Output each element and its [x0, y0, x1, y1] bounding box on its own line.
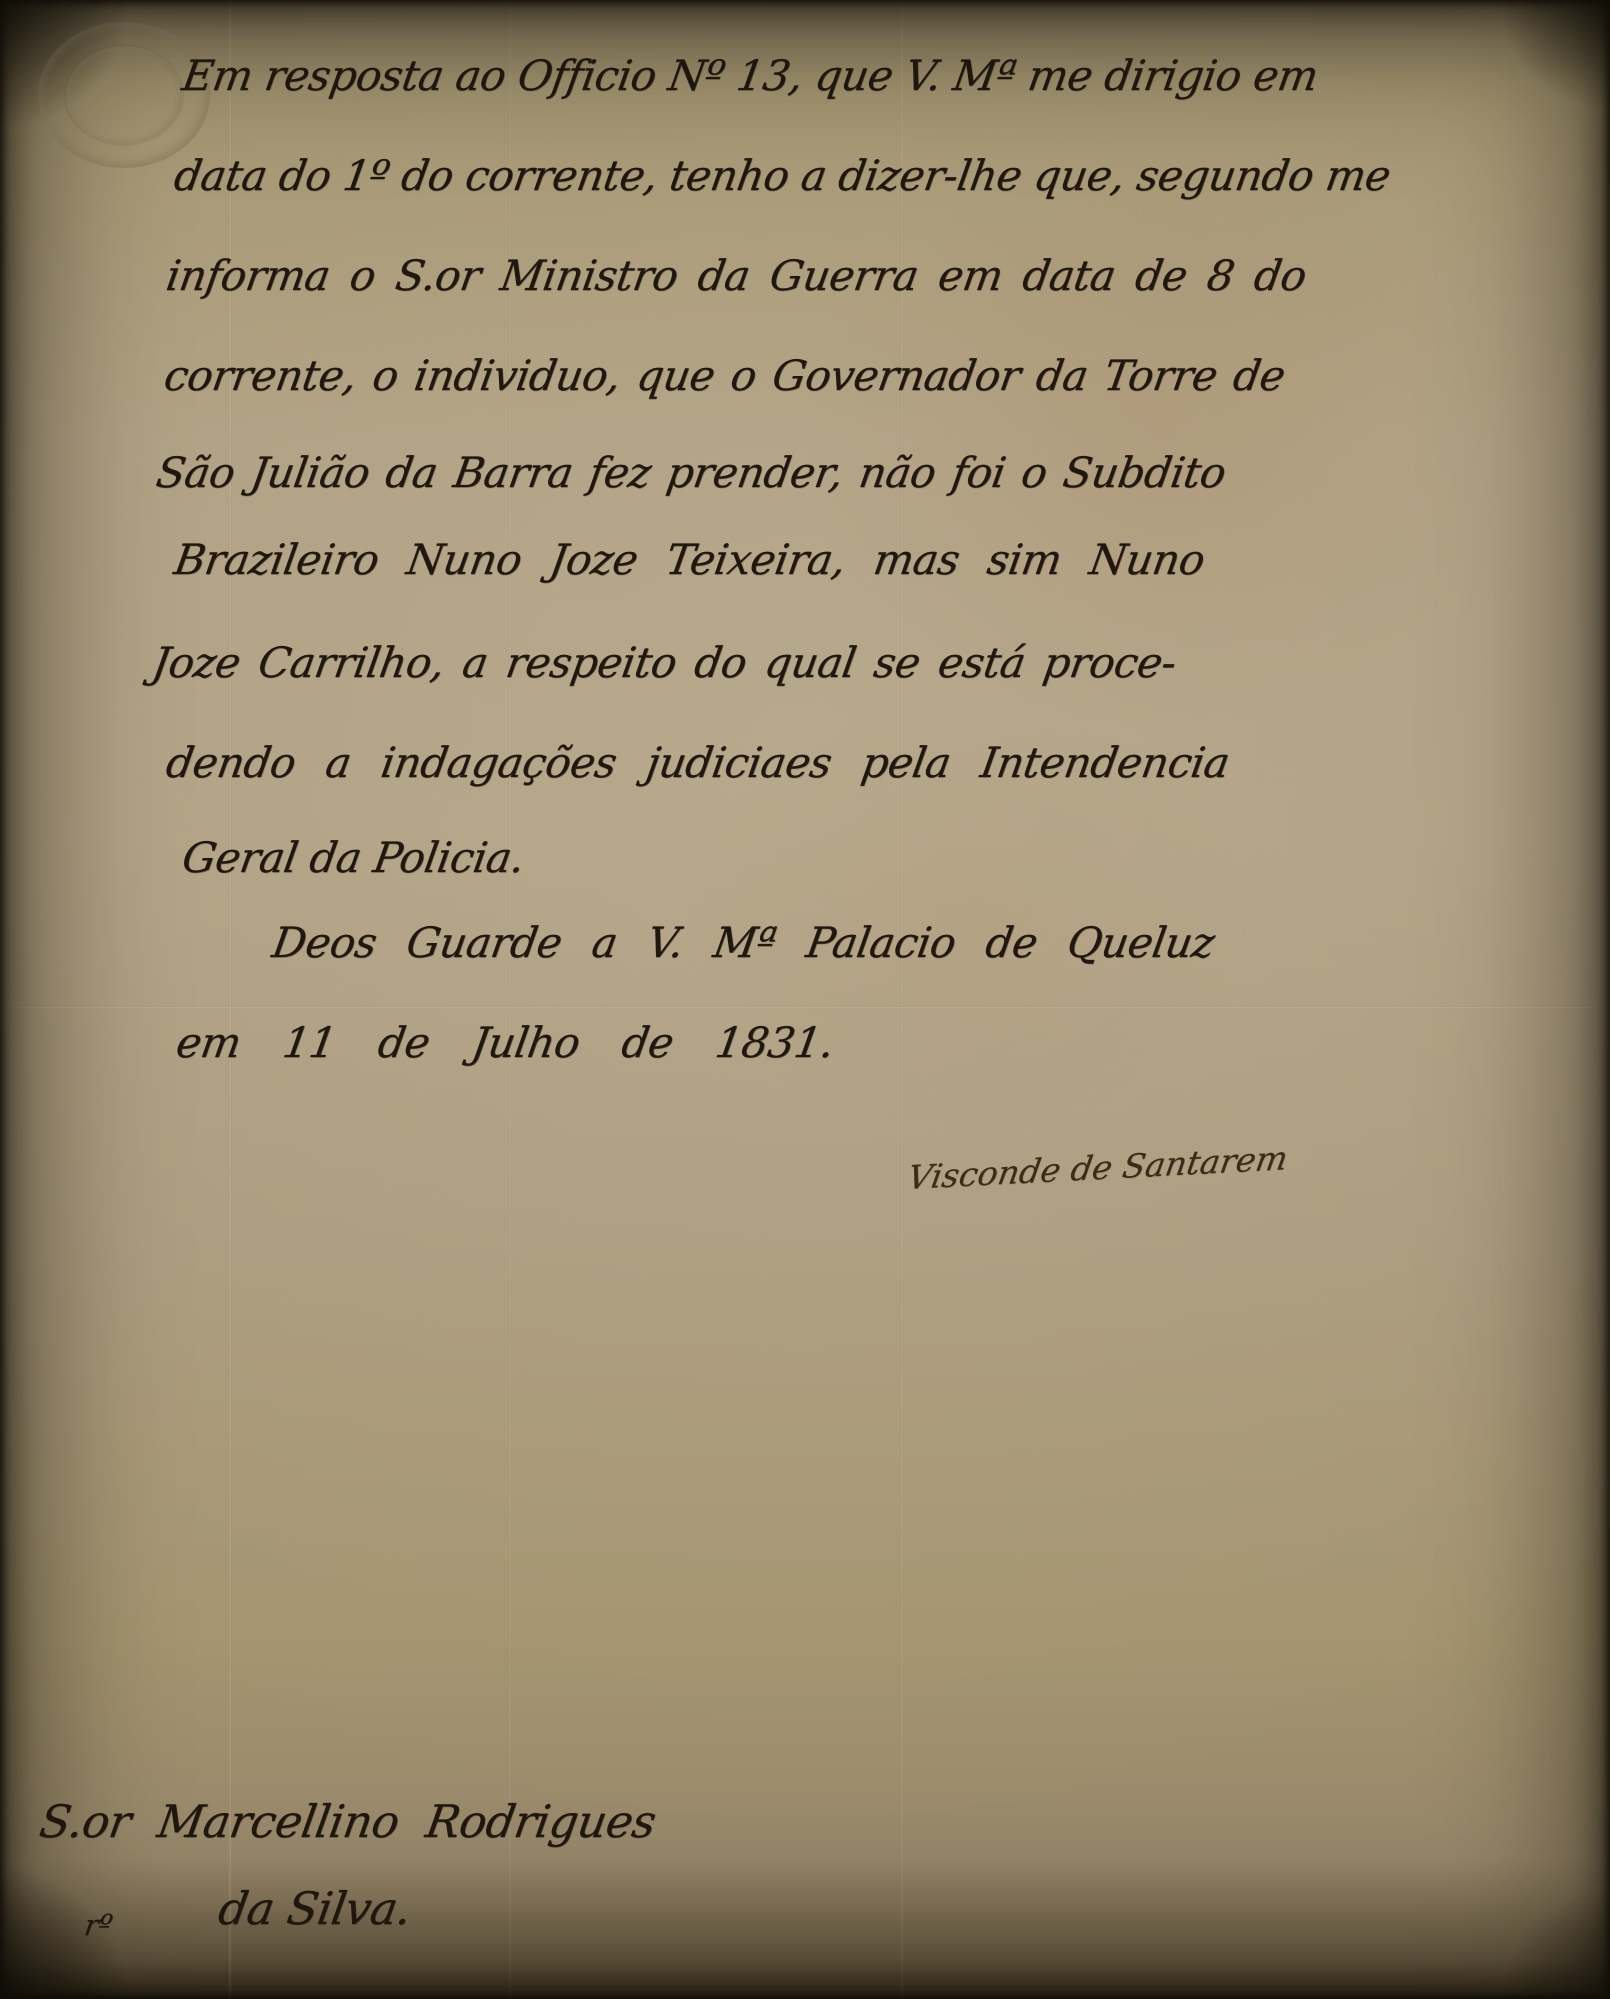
signature: Visconde de Santarem: [905, 1138, 1291, 1197]
manuscript-line: São Julião da Barra fez prender, não foi…: [152, 443, 1230, 503]
manuscript-line: Joze Carrilho, a respeito do qual se est…: [148, 633, 1180, 693]
addressee-name-line: S.or Marcellino Rodrigues: [36, 1795, 659, 1848]
manuscript-line: corrente, o individuo, que o Governador …: [160, 346, 1289, 406]
addressee-surname-line: da Silva.: [215, 1882, 415, 1935]
manuscript-line: dendo a indagações judiciaes pela Intend…: [162, 733, 1234, 793]
manuscript-photo: Em resposta ao Officio Nº 13, que V. Mª …: [0, 0, 1610, 1999]
manuscript-line: Geral da Policia.: [178, 828, 529, 888]
manuscript-line: informa o S.or Ministro da Guerra em dat…: [162, 246, 1311, 306]
fold-crease-horizontal: [0, 1006, 1610, 1009]
manuscript-line: Em resposta ao Officio Nº 13, que V. Mª …: [178, 46, 1322, 106]
closing-line: Deos Guarde a V. Mª Palacio de Queluz: [268, 913, 1218, 973]
addressee-prefix-mark: rº: [82, 1908, 115, 1942]
embossed-seal-inner-ring: [64, 44, 184, 146]
closing-date-line: em 11 de Julho de 1831.: [172, 1013, 838, 1073]
manuscript-line: Brazileiro Nuno Joze Teixeira, mas sim N…: [170, 530, 1209, 590]
manuscript-line: data do 1º do corrente, tenho a dizer-lh…: [170, 146, 1395, 206]
